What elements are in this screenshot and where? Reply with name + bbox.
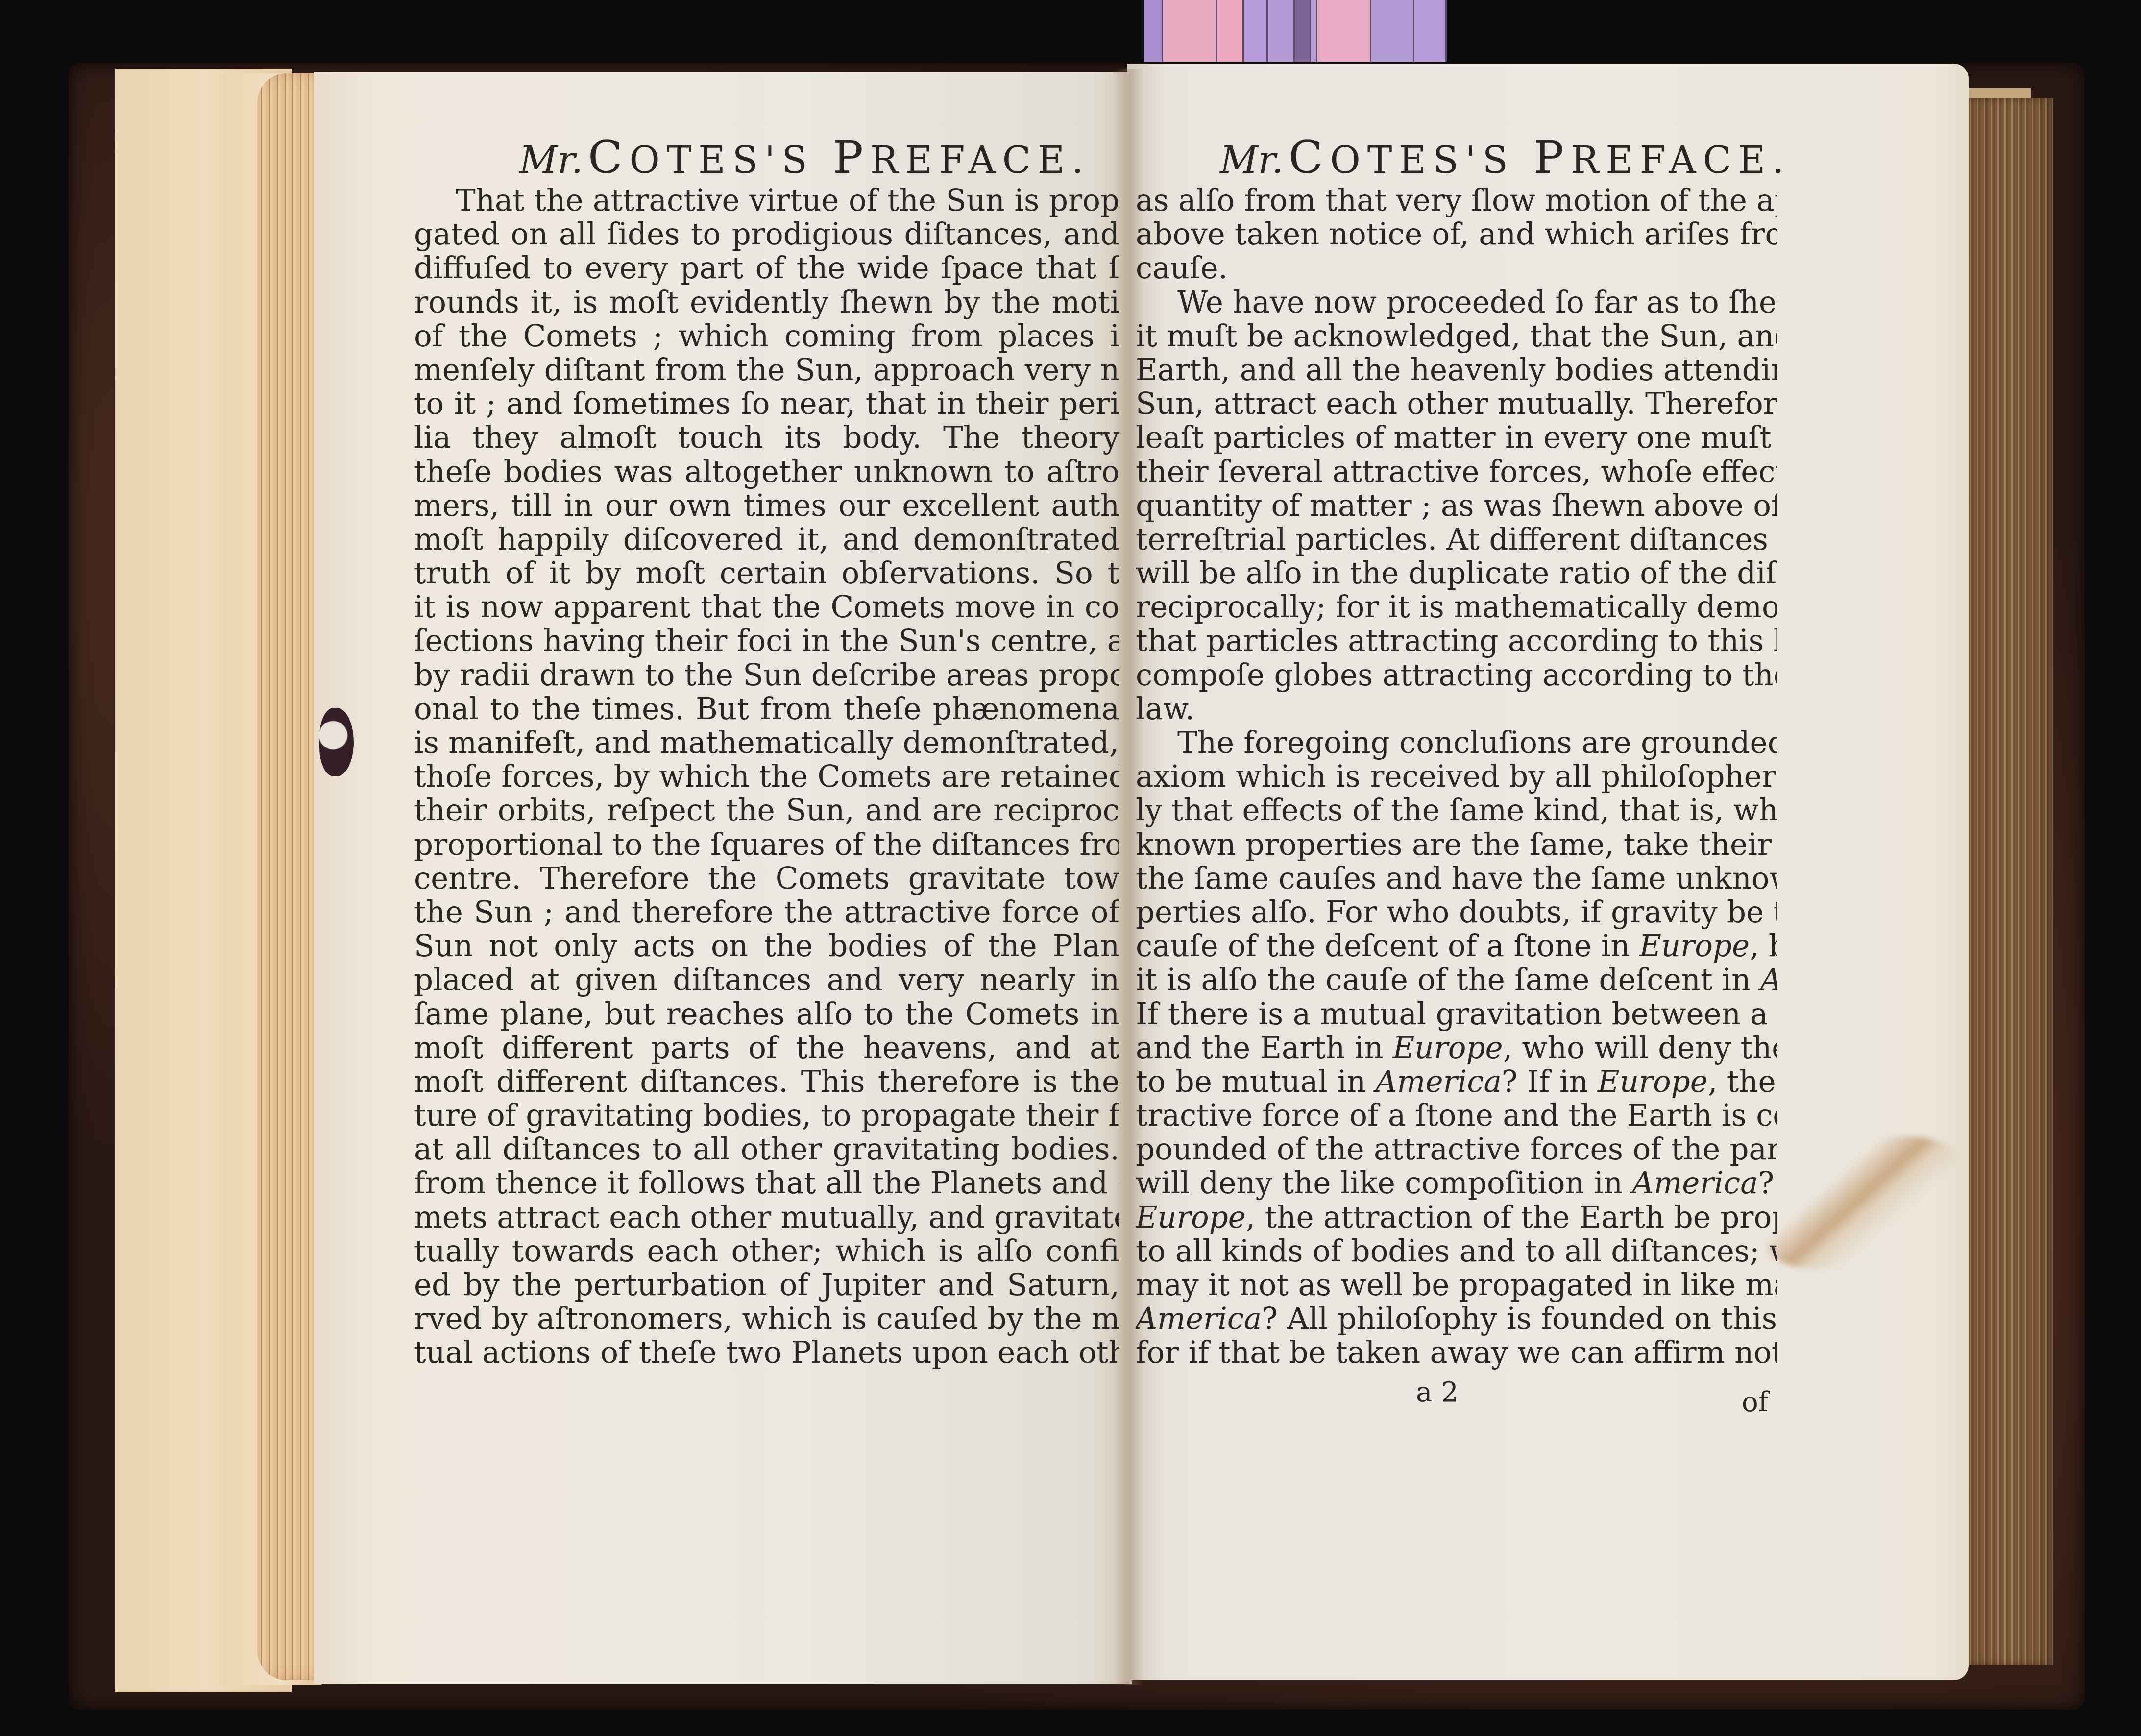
text-line: rounds it, is moſt evidently ſhewn by th… <box>414 286 1119 319</box>
page-marker-tab <box>1244 0 1268 62</box>
text-line: rved by aſtronomers, which is cauſed by … <box>414 1302 1119 1336</box>
text-line: ſections having their foci in the Sun's … <box>414 624 1119 658</box>
page-marker-tab <box>1144 0 1163 62</box>
right-page-edges <box>1967 98 2053 1665</box>
text-line: axiom which is received by all philoſoph… <box>1136 760 1777 794</box>
text-line: truth of it by moſt certain obſervations… <box>414 556 1119 590</box>
text-line: will be alſo in the duplicate ratio of t… <box>1136 556 1777 590</box>
text-line: the Sun ; and therefore the attractive f… <box>414 895 1119 929</box>
text-line: cauſe of the deſcent of a ſtone in Europ… <box>1136 929 1777 963</box>
text-line: ture of gravitating bodies, to propagate… <box>414 1099 1119 1133</box>
page-marker-tab <box>1311 0 1317 62</box>
text-line: mets attract each other mutually, and gr… <box>414 1201 1119 1234</box>
text-line: If there is a mutual gravitation between… <box>1136 997 1777 1031</box>
text-line: tractive force of a ſtone and the Earth … <box>1136 1099 1777 1133</box>
text-line: of the Comets ; which coming from places… <box>414 319 1119 353</box>
signature-mark: a 2 <box>1416 1376 1459 1408</box>
page-marker-tabs <box>1144 0 1447 62</box>
text-line: terreſtrial particles. At different diſt… <box>1136 523 1777 556</box>
text-line: We have now proceeded ſo far as to ſhew … <box>1136 286 1777 319</box>
left-running-head: Mr.COTES'S PREFACE. <box>519 131 1090 184</box>
text-line: lia they almoſt touch its body. The theo… <box>414 421 1119 455</box>
right-running-head: Mr.COTES'S PREFACE. <box>1220 131 1791 184</box>
text-line: ed by the perturbation of Jupiter and Sa… <box>414 1268 1119 1302</box>
text-line: compoſe globes attracting according to t… <box>1136 658 1777 692</box>
text-line: above taken notice of, and which ariſes … <box>1136 217 1777 251</box>
page-marker-tab <box>1295 0 1311 62</box>
text-line: it is alſo the cauſe of the ſame deſcent… <box>1136 963 1777 997</box>
catchword: of <box>1742 1386 1768 1418</box>
text-line: will deny the like compoſition in Americ… <box>1136 1166 1777 1200</box>
text-line: perties alſo. For who doubts, if gravity… <box>1136 895 1777 929</box>
text-line: pounded of the attractive forces of the … <box>1136 1133 1777 1166</box>
text-line: proportional to the ſquares of the diſta… <box>414 828 1119 862</box>
text-line: law. <box>1136 692 1777 726</box>
text-line: Earth, and all the heavenly bodies atten… <box>1136 353 1777 387</box>
page-marker-tab <box>1268 0 1295 62</box>
text-line: their ſeveral attractive forces, whoſe e… <box>1136 455 1777 489</box>
text-line: it is now apparent that the Comets move … <box>414 590 1119 624</box>
text-line: at all diſtances to all other gravitatin… <box>414 1133 1119 1166</box>
text-line: moſt different parts of the heavens, and… <box>414 1031 1119 1065</box>
text-line: tually towards each other; which is alſo… <box>414 1234 1119 1268</box>
text-line: onal to the times. But from theſe phænom… <box>414 692 1119 726</box>
page-marker-tab <box>1414 0 1447 62</box>
ink-blot <box>319 708 354 776</box>
text-line: quantity of matter ; as was ſhewn above … <box>1136 489 1777 523</box>
text-line: thoſe forces, by which the Comets are re… <box>414 760 1119 794</box>
text-line: may it not as well be propagated in like… <box>1136 1268 1777 1302</box>
text-line: diffuſed to every part of the wide ſpace… <box>414 251 1119 285</box>
text-line: moſt different diſtances. This therefore… <box>414 1065 1119 1099</box>
page-marker-tab <box>1163 0 1217 62</box>
text-line: gated on all ſides to prodigious diſtanc… <box>414 217 1119 251</box>
text-line: to it ; and ſometimes ſo near, that in t… <box>414 387 1119 421</box>
page-marker-tab <box>1317 0 1371 62</box>
text-line: moſt happily diſcovered it, and demonſtr… <box>414 523 1119 556</box>
text-line: tual actions of theſe two Planets upon e… <box>414 1336 1119 1370</box>
text-line: and the Earth in Europe, who will deny t… <box>1136 1031 1777 1065</box>
page-marker-tab <box>1371 0 1414 62</box>
right-page-text: as alſo from that very ſlow motion of th… <box>1136 184 1777 1370</box>
text-line: that particles attracting according to t… <box>1136 624 1777 658</box>
text-line: placed at given diſtances and very nearl… <box>414 963 1119 997</box>
text-line: to all kinds of bodies and to all diſtan… <box>1136 1234 1777 1268</box>
text-line: is manifeſt, and mathematically demonſtr… <box>414 726 1119 760</box>
text-line: centre. Therefore the Comets gravitate t… <box>414 862 1119 895</box>
text-line: to be mutual in America? If in Europe, t… <box>1136 1065 1777 1099</box>
text-line: the ſame cauſes and have the ſame unknow… <box>1136 862 1777 895</box>
text-line: The foregoing concluſions are grounded o… <box>1136 726 1777 760</box>
text-line: Sun not only acts on the bodies of the P… <box>414 929 1119 963</box>
text-line: ſame plane, but reaches alſo to the Come… <box>414 997 1119 1031</box>
text-line: as alſo from that very ſlow motion of th… <box>1136 184 1777 217</box>
text-line: theſe bodies was altogether unknown to a… <box>414 455 1119 489</box>
text-line: by radii drawn to the Sun deſcribe areas… <box>414 658 1119 692</box>
text-line: reciprocally; for it is mathematically d… <box>1136 590 1777 624</box>
text-line: ly that effects of the ſame kind, that i… <box>1136 794 1777 827</box>
text-line: cauſe. <box>1136 251 1777 285</box>
text-line: Europe, the attraction of the Earth be p… <box>1136 1201 1777 1234</box>
left-page-text: That the attractive virtue of the Sun is… <box>414 184 1119 1370</box>
text-line: That the attractive virtue of the Sun is… <box>414 184 1119 217</box>
text-line: mers, till in our own times our excellen… <box>414 489 1119 523</box>
text-line: known properties are the ſame, take thei… <box>1136 828 1777 862</box>
page-marker-tab <box>1217 0 1244 62</box>
text-line: America? All philoſophy is founded on th… <box>1136 1302 1777 1336</box>
text-line: for if that be taken away we can affirm … <box>1136 1336 1777 1370</box>
text-line: it muſt be acknowledged, that the Sun, a… <box>1136 319 1777 353</box>
text-line: Sun, attract each other mutually. Theref… <box>1136 387 1777 421</box>
text-line: their orbits, reſpect the Sun, and are r… <box>414 794 1119 827</box>
text-line: menſely diſtant from the Sun, approach v… <box>414 353 1119 387</box>
text-line: leaſt particles of matter in every one m… <box>1136 421 1777 455</box>
text-line: from thence it follows that all the Plan… <box>414 1166 1119 1200</box>
